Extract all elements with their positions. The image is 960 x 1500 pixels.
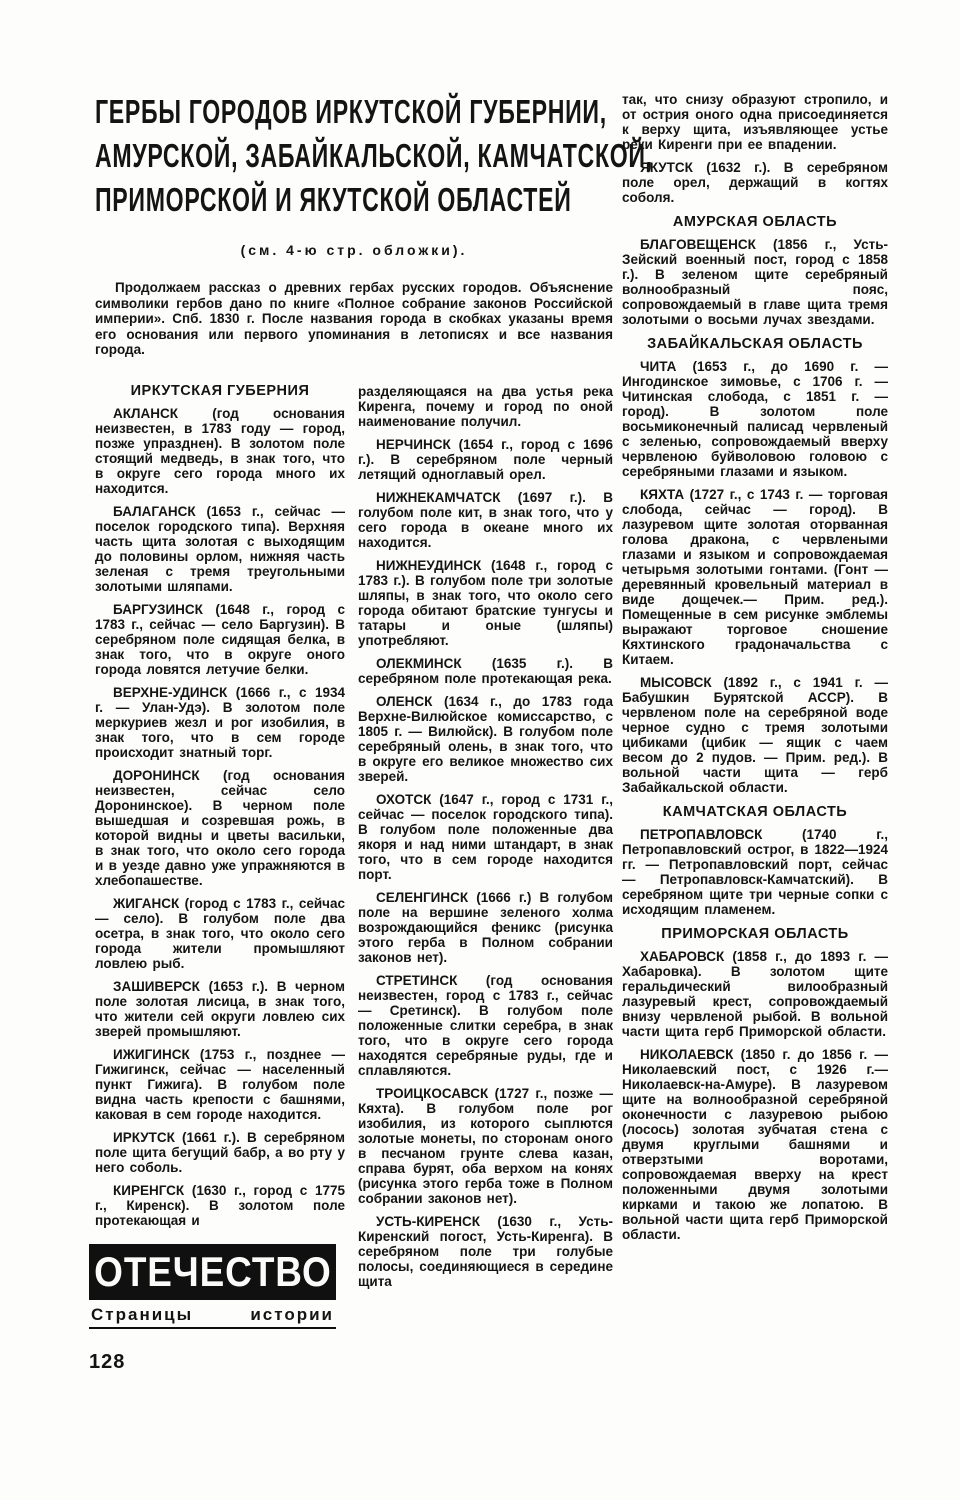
entry-paragraph: КИРЕНГСК (1630 г., город с 1775 г., Кире… [95,1183,345,1228]
title-line-3: ПРИМОРСКОЙ И ЯКУТСКОЙ ОБЛАСТЕЙ [95,178,613,222]
two-column-block: ИРКУТСКАЯ ГУБЕРНИЯАКЛАНСК (год основания… [95,384,613,1370]
page-number: 128 [89,1355,336,1370]
logo-tagline: Страницы истории [89,1307,336,1322]
title-line-2: АМУРСКОЙ, ЗАБАЙКАЛЬСКОЙ, КАМЧАТСКОЙ, [95,134,613,178]
section-heading: КАМЧАТСКАЯ ОБЛАСТЬ [622,805,888,820]
entry-paragraph: ЖИГАНСК (город с 1783 г., сейчас — село)… [95,896,345,971]
section-heading: ИРКУТСКАЯ ГУБЕРНИЯ [95,384,345,399]
column-3: так, что снизу образуют стропило, и от о… [622,92,888,1250]
article-header-block: ГЕРБЫ ГОРОДОВ ИРКУТСКОЙ ГУБЕРНИИ, АМУРСК… [95,90,613,1370]
entry-paragraph: разделяющаяся на два устья река Киренга,… [358,384,613,429]
entry-paragraph: НЕРЧИНСК (1654 г., город с 1696 г.). В с… [358,437,613,482]
article-title: ГЕРБЫ ГОРОДОВ ИРКУТСКОЙ ГУБЕРНИИ, АМУРСК… [95,90,613,222]
entry-paragraph: КЯХТА (1727 г., с 1743 г. — торговая сло… [622,487,888,667]
entry-paragraph: ОХОТСК (1647 г., город с 1731 г., сейчас… [358,792,613,882]
tagline-rule [89,1327,336,1329]
entry-paragraph: МЫСОВСК (1892 г., с 1941 г. — Бабушкин Б… [622,675,888,795]
logo-wordmark: ОТЕЧЕСТВО [94,1264,331,1279]
entry-paragraph: ТРОИЦКОСАВСК (1727 г., позже — Кяхта). В… [358,1086,613,1206]
entry-paragraph: ВЕРХНЕ-УДИНСК (1666 г., с 1934 г. — Улан… [95,685,345,760]
entry-paragraph: АКЛАНСК (год основания неизвестен, в 178… [95,406,345,496]
section-heading: ПРИМОРСКАЯ ОБЛАСТЬ [622,927,888,942]
entry-paragraph: СТРЕТИНСК (год основания неизвестен, гор… [358,973,613,1078]
tagline-word-2: истории [250,1307,334,1322]
entry-paragraph: ЗАШИВЕРСК (1653 г.). В черном поле золот… [95,979,345,1039]
column-1: ИРКУТСКАЯ ГУБЕРНИЯАКЛАНСК (год основания… [95,384,345,1370]
entry-paragraph: БАРГУЗИНСК (1648 г., город с 1783 г., се… [95,602,345,677]
entry-paragraph: ЧИТА (1653 г., до 1690 г. — Ингодинское … [622,359,888,479]
entry-paragraph: НИЖНЕУДИНСК (1648 г., город с 1783 г.). … [358,558,613,648]
entry-paragraph: БАЛАГАНСК (1653 г., сейчас — поселок гор… [95,504,345,594]
entry-paragraph: ИРКУТСК (1661 г.). В серебряном поле щит… [95,1130,345,1175]
section-heading: АМУРСКАЯ ОБЛАСТЬ [622,215,888,230]
title-line-1: ГЕРБЫ ГОРОДОВ ИРКУТСКОЙ ГУБЕРНИИ, [95,90,613,134]
column-1-entries: ИРКУТСКАЯ ГУБЕРНИЯАКЛАНСК (год основания… [95,384,345,1228]
entry-paragraph: НИКОЛАЕВСК (1850 г. до 1856 г. — Николае… [622,1047,888,1242]
entry-paragraph: НИЖНЕКАМЧАТСК (1697 г.). В голубом поле … [358,490,613,550]
intro-paragraph: Продолжаем рассказ о древних гербах русс… [95,280,613,358]
entry-paragraph: ПЕТРОПАВЛОВСК (1740 г., Петропавловский … [622,827,888,917]
magazine-page: ГЕРБЫ ГОРОДОВ ИРКУТСКОЙ ГУБЕРНИИ, АМУРСК… [0,0,960,1500]
entry-paragraph: УСТЬ-КИРЕНСК (1630 г., Усть-Киренский по… [358,1214,613,1289]
entry-paragraph: ИЖИГИНСК (1753 г., позднее — Гижигинск, … [95,1047,345,1122]
column-2: разделяющаяся на два устья река Киренга,… [358,384,613,1370]
otechestvo-logo: ОТЕЧЕСТВО [89,1244,336,1300]
entry-paragraph: ДОРОНИНСК (год основания неизвестен, сей… [95,768,345,888]
entry-paragraph: ОЛЕКМИНСК (1635 г.). В серебряном поле п… [358,656,613,686]
tagline-word-1: Страницы [91,1307,193,1322]
entry-paragraph: так, что снизу образуют стропило, и от о… [622,92,888,152]
section-heading: ЗАБАЙКАЛЬСКАЯ ОБЛАСТЬ [622,337,888,352]
entry-paragraph: БЛАГОВЕЩЕНСК (1856 г., Усть-Зейский воен… [622,237,888,327]
magazine-logo-block: ОТЕЧЕСТВО Страницы истории 128 [89,1244,336,1370]
cover-reference-note: (см. 4-ю стр. обложки). [95,242,613,258]
entry-paragraph: СЕЛЕНГИНСК (1666 г.) В голубом поле на в… [358,890,613,965]
entry-paragraph: ОЛЕНСК (1634 г., до 1783 года Верхне-Вил… [358,694,613,784]
entry-paragraph: ХАБАРОВСК (1858 г., до 1893 г. — Хабаров… [622,949,888,1039]
entry-paragraph: ЯКУТСК (1632 г.). В серебряном поле орел… [622,160,888,205]
